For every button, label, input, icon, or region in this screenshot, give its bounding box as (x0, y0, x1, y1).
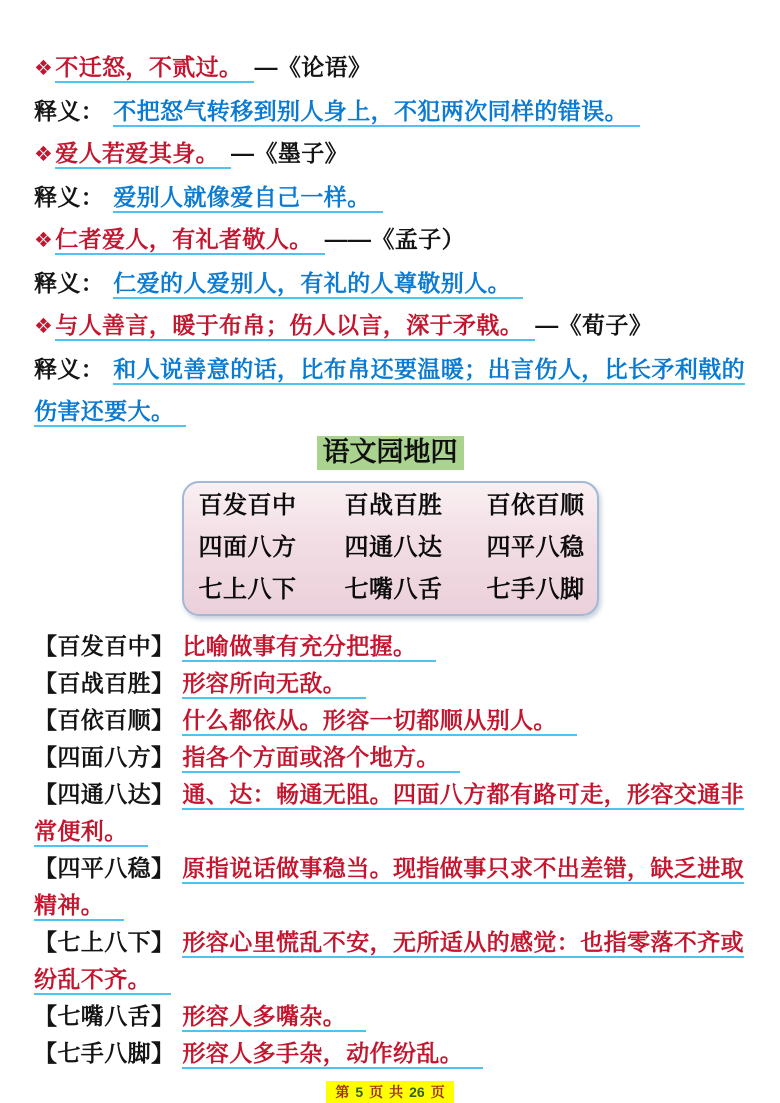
glossary-entry: 【四通八达】通、达：畅通无阻。四面八方都有路可走，形容交通非常便利。 (34, 776, 746, 850)
page-number-badge: 第5页共26页 (326, 1081, 453, 1103)
quotes-section: ❖不迁怒，不贰过。—《论语》 释义：不把怒气转移到别人身上，不犯两次同样的错误。… (34, 46, 746, 432)
glossary-entry: 【四面八方】指各个方面或洛个地方。 (34, 739, 746, 776)
quote-line: ❖与人善言，暖于布帛；伤人以言，深于矛戟。—《荀子》 (34, 304, 746, 348)
quote-source: —《荀子》 (535, 312, 652, 338)
idiom: 四通八达 (345, 527, 487, 569)
glossary-term: 【百依百顺】 (34, 707, 174, 733)
idiom: 七嘴八舌 (345, 569, 487, 611)
document-page: ❖不迁怒，不贰过。—《论语》 释义：不把怒气转移到别人身上，不犯两次同样的错误。… (0, 0, 780, 1103)
glossary-term: 【四平八稳】 (34, 855, 174, 881)
quote-text: 与人善言，暖于布帛；伤人以言，深于矛戟。 (55, 312, 535, 341)
explanation-label: 释义： (34, 270, 104, 296)
idiom: 百发百中 (199, 485, 345, 527)
idiom: 七手八脚 (487, 569, 597, 611)
section-title-text: 语文园地四 (317, 436, 464, 470)
explanation-line: 释义：仁爱的人爱别人，有礼的人尊敬别人。 (34, 262, 746, 304)
idiom: 四平八稳 (487, 527, 597, 569)
idiom: 百依百顺 (487, 485, 597, 527)
glossary-definition: 什么都依从。形容一切都顺从别人。 (182, 707, 576, 736)
glossary-definition: 形容人多嘴杂。 (182, 1003, 366, 1032)
glossary-definition: 比喻做事有充分把握。 (182, 633, 436, 662)
quote-text: 仁者爱人，有礼者敬人。 (55, 226, 324, 255)
explanation-line: 释义：不把怒气转移到别人身上，不犯两次同样的错误。 (34, 90, 746, 132)
glossary-entry: 【百发百中】比喻做事有充分把握。 (34, 628, 746, 665)
total-pages: 26 (409, 1084, 425, 1100)
glossary-term: 【七手八脚】 (34, 1040, 174, 1066)
section-title: 语文园地四 (34, 434, 746, 470)
quote-text: 爱人若爱其身。 (55, 140, 231, 169)
idiom: 百战百胜 (345, 485, 487, 527)
footer-label: 页 (431, 1084, 445, 1100)
diamond-bullet-icon: ❖ (34, 229, 53, 252)
quote-source: —《论语》 (254, 54, 371, 80)
glossary-definition: 形容所向无敌。 (182, 670, 366, 699)
diamond-bullet-icon: ❖ (34, 315, 53, 338)
page-number: 5 (355, 1084, 363, 1100)
quote-line: ❖仁者爱人，有礼者敬人。——《孟子） (34, 218, 746, 262)
quote-text: 不迁怒，不贰过。 (55, 54, 254, 83)
glossary-entry: 【四平八稳】原指说话做事稳当。现指做事只求不出差错，缺乏进取精神。 (34, 850, 746, 924)
glossary-entry: 【百依百顺】什么都依从。形容一切都顺从别人。 (34, 702, 746, 739)
explanation-text: 仁爱的人爱别人，有礼的人尊敬别人。 (113, 270, 523, 299)
glossary-entry: 【百战百胜】形容所向无敌。 (34, 665, 746, 702)
idiom: 四面八方 (199, 527, 345, 569)
quote-source: —《墨子》 (231, 140, 348, 166)
explanation-line: 释义：爱别人就像爱自己一样。 (34, 176, 746, 218)
footer-label: 页 (369, 1084, 383, 1100)
glossary-entry: 【七上八下】形容心里慌乱不安，无所适从的感觉：也指零落不齐或纷乱不齐。 (34, 924, 746, 998)
glossary-section: 【百发百中】比喻做事有充分把握。 【百战百胜】形容所向无敌。 【百依百顺】什么都… (34, 628, 746, 1072)
explanation-label: 释义： (34, 98, 104, 124)
glossary-entry: 【七手八脚】形容人多手杂，动作纷乱。 (34, 1035, 746, 1072)
glossary-term: 【七上八下】 (34, 929, 174, 955)
explanation-text: 爱别人就像爱自己一样。 (113, 184, 382, 213)
quote-line: ❖不迁怒，不贰过。—《论语》 (34, 46, 746, 90)
glossary-term: 【七嘴八舌】 (34, 1003, 174, 1029)
footer-label: 第 (335, 1084, 349, 1100)
explanation-text: 不把怒气转移到别人身上，不犯两次同样的错误。 (113, 98, 640, 127)
glossary-entry: 【七嘴八舌】形容人多嘴杂。 (34, 998, 746, 1035)
glossary-term: 【四通八达】 (34, 781, 174, 807)
explanation-label: 释义： (34, 356, 104, 382)
explanation-line: 释义：和人说善意的话，比布帛还要温暖；出言伤人，比长矛利戟的伤害还要大。 (34, 348, 746, 432)
quote-source: ——《孟子） (325, 226, 465, 252)
idiom-box: 百发百中 百战百胜 百依百顺 四面八方 四通八达 四平八稳 七上八下 七嘴八舌 … (182, 481, 599, 616)
idiom: 七上八下 (199, 569, 345, 611)
page-footer: 第5页共26页 (34, 1081, 746, 1103)
glossary-term: 【百发百中】 (34, 633, 174, 659)
explanation-label: 释义： (34, 184, 104, 210)
glossary-term: 【四面八方】 (34, 744, 174, 770)
quote-line: ❖爱人若爱其身。—《墨子》 (34, 132, 746, 176)
diamond-bullet-icon: ❖ (34, 143, 53, 166)
glossary-definition: 形容人多手杂，动作纷乱。 (182, 1040, 483, 1069)
footer-label: 共 (389, 1084, 403, 1100)
diamond-bullet-icon: ❖ (34, 57, 53, 80)
explanation-text: 和人说善意的话，比布帛还要温暖；出言伤人，比长矛利戟的伤害还要大。 (34, 356, 745, 427)
glossary-definition: 指各个方面或洛个地方。 (182, 744, 459, 773)
glossary-term: 【百战百胜】 (34, 670, 174, 696)
